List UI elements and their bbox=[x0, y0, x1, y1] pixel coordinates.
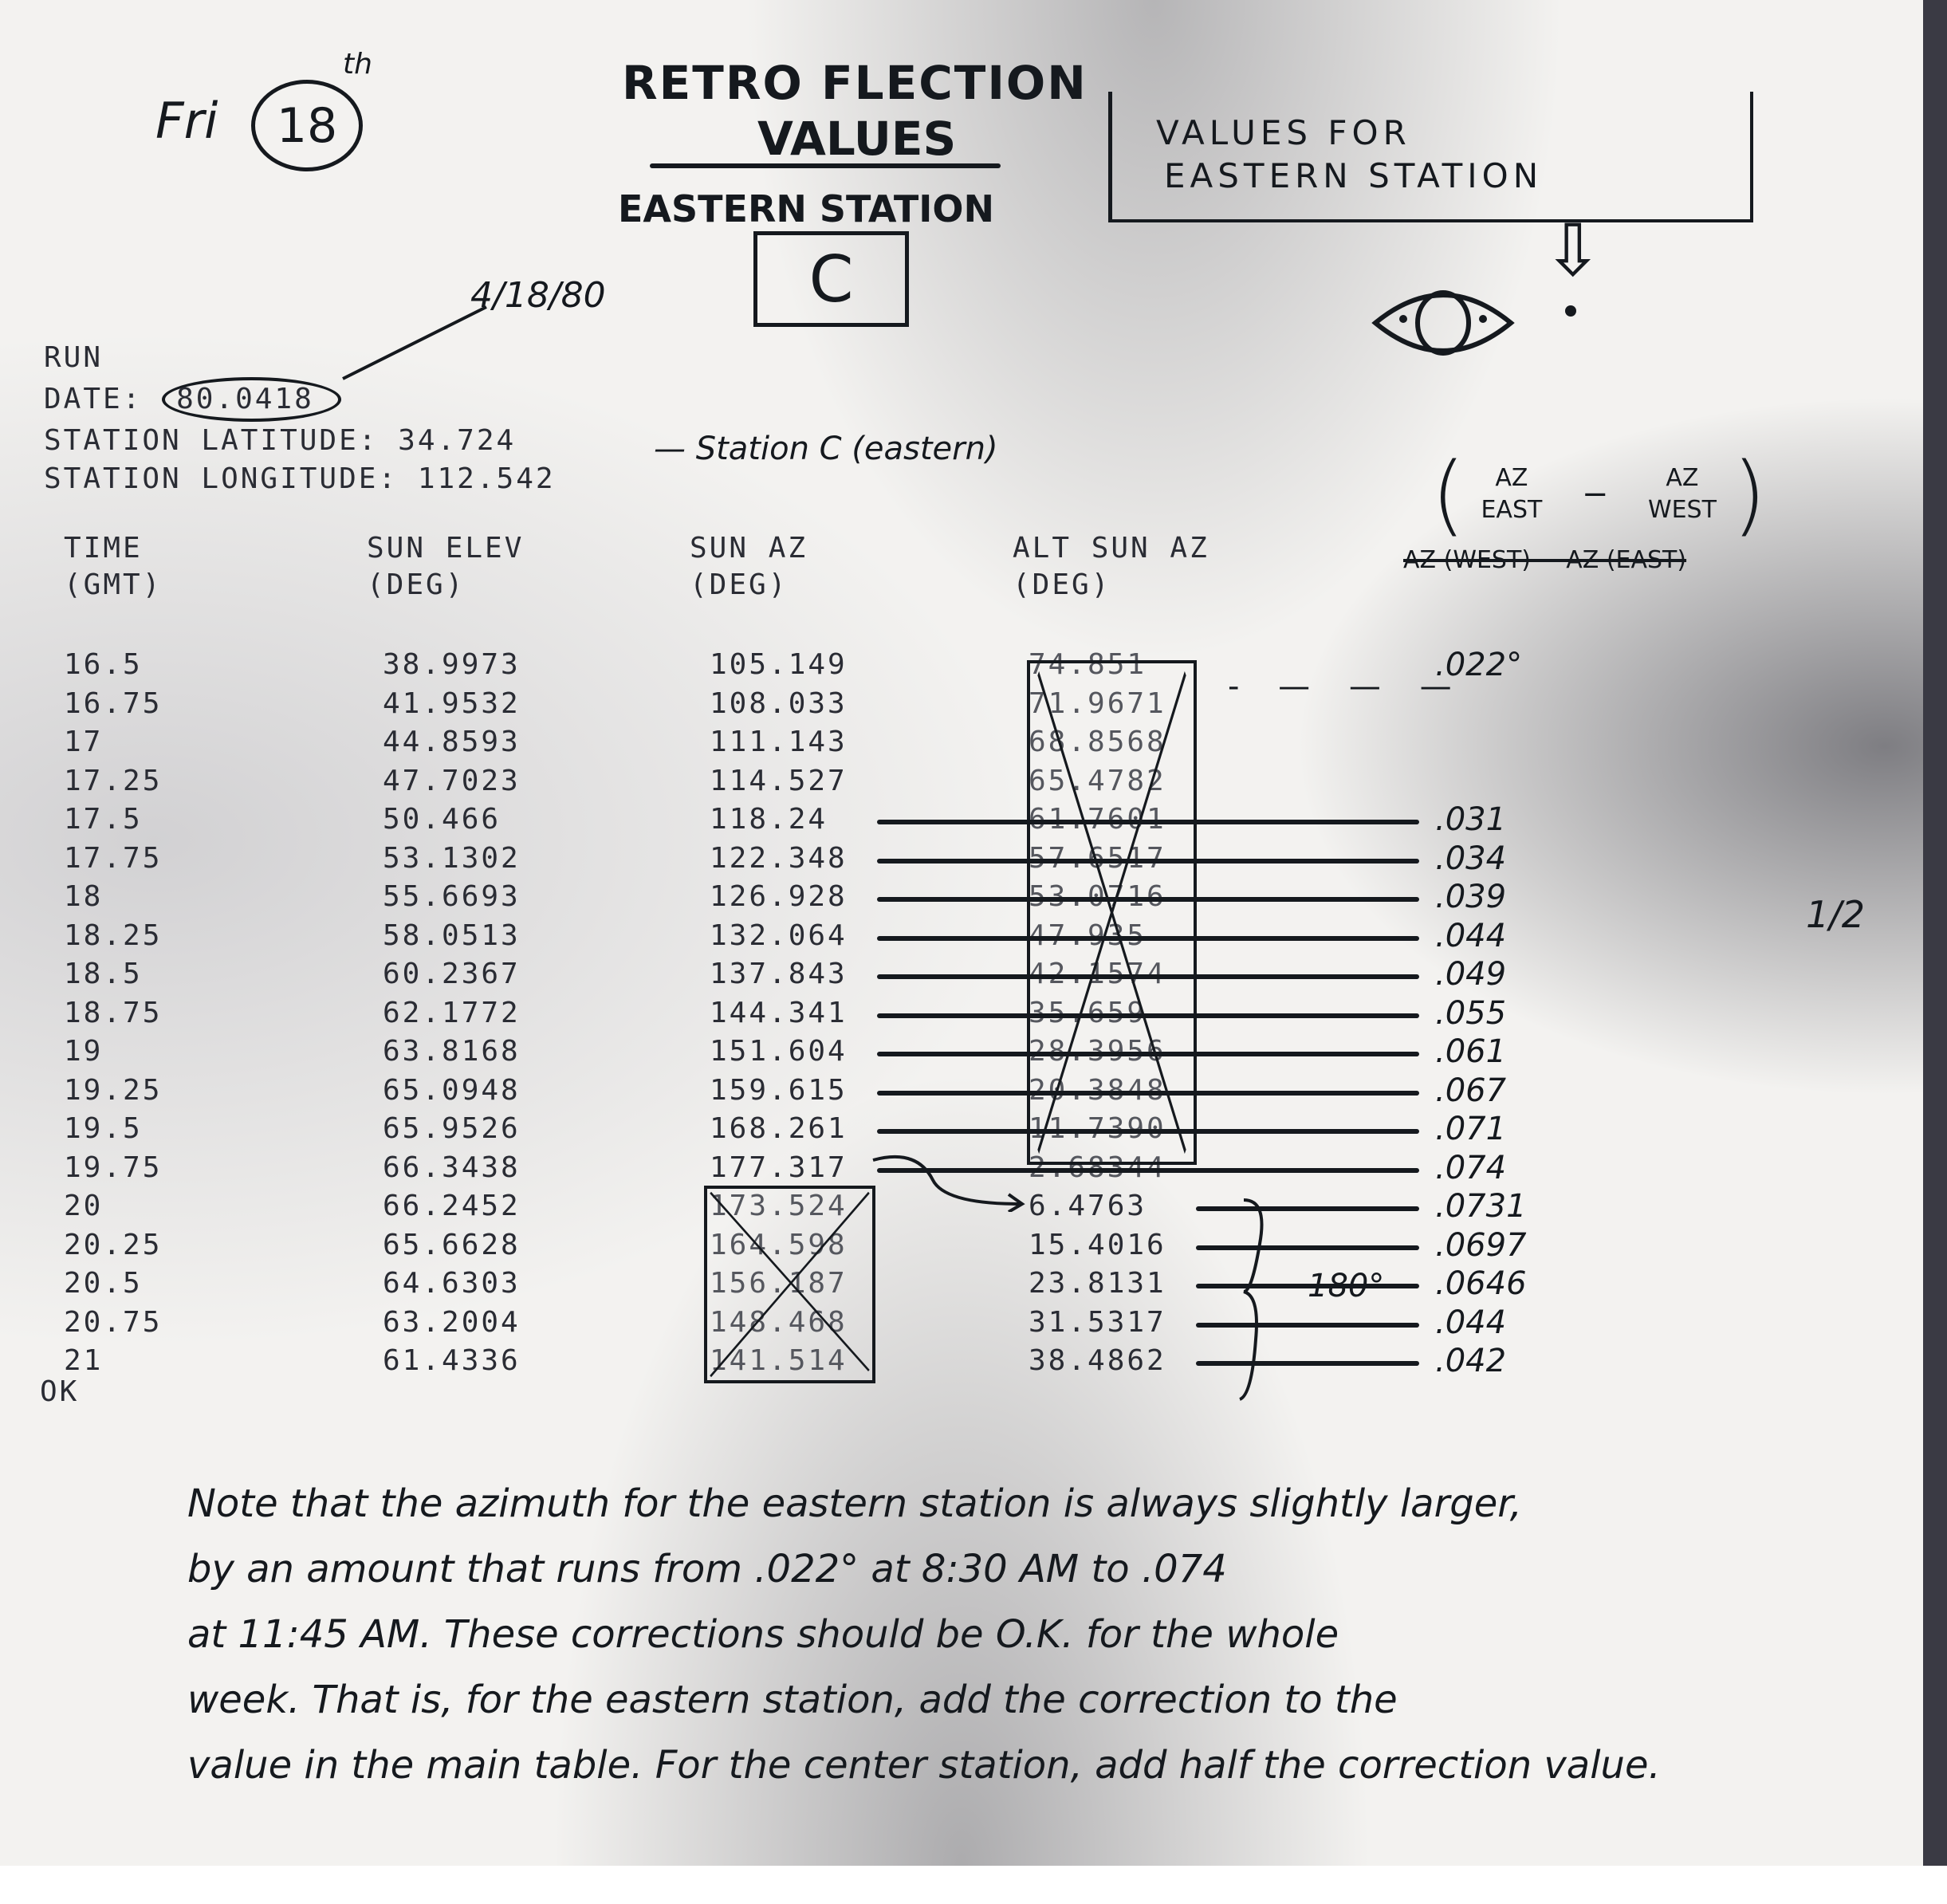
az-west-top: AZ bbox=[1648, 462, 1717, 494]
table-cell-corr: .031 bbox=[1435, 801, 1626, 840]
table-cell-az: 105.149 bbox=[710, 646, 909, 685]
row-strike-line bbox=[1196, 1323, 1419, 1328]
note-line-5: value in the main table. For the center … bbox=[187, 1733, 1925, 1798]
table-cell-az: 164.598 bbox=[710, 1226, 909, 1265]
table-cell-alt: 68.8568 bbox=[1029, 723, 1228, 762]
down-arrow-icon: ⇩ bbox=[1543, 215, 1603, 287]
table-cell-elev: 61.4336 bbox=[383, 1342, 582, 1381]
table-cell-elev: 55.6693 bbox=[383, 878, 582, 917]
note-line-1: Note that the azimuth for the eastern st… bbox=[187, 1471, 1925, 1536]
note-line-4: week. That is, for the eastern station, … bbox=[187, 1667, 1925, 1733]
page-title-line1: RETRO FLECTION bbox=[622, 56, 1088, 110]
column-header-line1: TIME bbox=[64, 530, 223, 567]
table-cell-corr: .0697 bbox=[1435, 1226, 1626, 1265]
table-cell-corr: .055 bbox=[1435, 994, 1626, 1033]
latitude-row: STATION LATITUDE: 34.724 bbox=[44, 422, 556, 460]
side-fraction: 1/2 bbox=[1806, 893, 1865, 936]
exclamation-dot bbox=[1565, 305, 1576, 317]
column-header-line2: (DEG) bbox=[690, 567, 889, 604]
date-row: DATE: 80.0418 bbox=[44, 377, 556, 422]
table-cell-time: 19 bbox=[64, 1033, 223, 1072]
table-cell-alt: 65.4782 bbox=[1029, 762, 1228, 801]
table-cell-time: 16.5 bbox=[64, 646, 223, 685]
title-underline bbox=[650, 163, 1001, 168]
table-cell-time: 18 bbox=[64, 878, 223, 917]
column-header-line2: (DEG) bbox=[1013, 567, 1212, 604]
table-cell-az: 111.143 bbox=[710, 723, 909, 762]
table-cell-time: 18.25 bbox=[64, 917, 223, 956]
table-cell-time: 20.75 bbox=[64, 1304, 223, 1343]
values-callout-line2: EASTERN STATION bbox=[1156, 155, 1543, 198]
row-strike-line bbox=[1196, 1206, 1419, 1211]
table-cell-time: 20.5 bbox=[64, 1265, 223, 1304]
column-header-sun-elev: SUN ELEV (DEG) bbox=[367, 530, 566, 604]
az-east-bottom: EAST bbox=[1481, 494, 1542, 526]
table-cell-elev: 65.9526 bbox=[383, 1110, 582, 1149]
curved-arrow-icon bbox=[869, 1148, 1029, 1212]
handwritten-note: Note that the azimuth for the eastern st… bbox=[187, 1471, 1925, 1798]
longitude-value: 112.542 bbox=[418, 462, 556, 495]
table-cell-time: 17.25 bbox=[64, 762, 223, 801]
table-cell-elev: 65.6628 bbox=[383, 1226, 582, 1265]
row-strike-line bbox=[877, 1013, 1419, 1018]
row-strike-line bbox=[877, 974, 1419, 979]
table-cell-elev: 65.0948 bbox=[383, 1072, 582, 1111]
table-cell-elev: 66.2452 bbox=[383, 1187, 582, 1226]
values-callout-text: VALUES FOR EASTERN STATION bbox=[1156, 112, 1543, 198]
correction-column: .022°.031.034.039.044.049.055.061.067.07… bbox=[1435, 646, 1626, 1381]
column-header-sun-az: SUN AZ (DEG) bbox=[690, 530, 889, 604]
table-cell-elev: 53.1302 bbox=[383, 840, 582, 879]
table-cell-time: 16.75 bbox=[64, 685, 223, 724]
longitude-row: STATION LONGITUDE: 112.542 bbox=[44, 460, 556, 498]
note-line-3: at 11:45 AM. These corrections should be… bbox=[187, 1602, 1925, 1667]
values-callout-line1: VALUES FOR bbox=[1156, 112, 1543, 155]
eye-icon bbox=[1371, 283, 1515, 363]
table-cell-corr bbox=[1435, 723, 1626, 762]
table-cell-elev: 63.2004 bbox=[383, 1304, 582, 1343]
note-line-2: by an amount that runs from .022° at 8:3… bbox=[187, 1536, 1925, 1602]
station-annotation: — Station C (eastern) bbox=[654, 431, 998, 467]
az-east: AZ EAST bbox=[1481, 462, 1542, 526]
row-strike-line bbox=[1196, 1245, 1419, 1250]
table-cell-az: 108.033 bbox=[710, 685, 909, 724]
column-header-time: TIME (GMT) bbox=[64, 530, 223, 604]
day-suffix: th bbox=[343, 48, 372, 81]
longitude-label: STATION LONGITUDE: bbox=[44, 462, 398, 495]
table-cell-elev: 41.9532 bbox=[383, 685, 582, 724]
table-cell-corr bbox=[1435, 762, 1626, 801]
page-title-line2: VALUES bbox=[757, 112, 956, 166]
bracket-note: 180° bbox=[1308, 1268, 1384, 1304]
leader-dashes: - — — — bbox=[1228, 668, 1466, 705]
table-cell-corr: .042 bbox=[1435, 1342, 1626, 1381]
column-header-line2: (GMT) bbox=[64, 567, 223, 604]
table-cell-time: 19.25 bbox=[64, 1072, 223, 1111]
table-cell-corr: .071 bbox=[1435, 1110, 1626, 1149]
table-cell-elev: 47.7023 bbox=[383, 762, 582, 801]
run-metadata: RUN DATE: 80.0418 STATION LATITUDE: 34.7… bbox=[44, 339, 556, 498]
table-cell-az: 141.514 bbox=[710, 1342, 909, 1381]
row-strike-line bbox=[877, 1129, 1419, 1134]
table-cell-corr: .0646 bbox=[1435, 1265, 1626, 1304]
table-cell-corr: .039 bbox=[1435, 878, 1626, 917]
table-cell-time: 19.75 bbox=[64, 1149, 223, 1188]
table-cell-corr: .044 bbox=[1435, 917, 1626, 956]
table-cell-time: 20 bbox=[64, 1187, 223, 1226]
column-header-line1: ALT SUN AZ bbox=[1013, 530, 1212, 567]
table-cell-elev: 63.8168 bbox=[383, 1033, 582, 1072]
table-cell-elev: 62.1772 bbox=[383, 994, 582, 1033]
table-cell-elev: 66.3438 bbox=[383, 1149, 582, 1188]
table-cell-elev: 64.6303 bbox=[383, 1265, 582, 1304]
date-value: 80.0418 bbox=[162, 377, 341, 422]
run-label: RUN bbox=[44, 339, 556, 377]
table-cell-elev: 60.2367 bbox=[383, 955, 582, 994]
station-letter-box: C bbox=[753, 231, 909, 327]
table-cell-elev: 50.466 bbox=[383, 801, 582, 840]
table-cell-az: 114.527 bbox=[710, 762, 909, 801]
table-cell-corr: .049 bbox=[1435, 955, 1626, 994]
table-cell-corr: .034 bbox=[1435, 840, 1626, 879]
row-strike-line bbox=[877, 1052, 1419, 1056]
row-strike-line bbox=[877, 859, 1419, 863]
table-cell-elev: 58.0513 bbox=[383, 917, 582, 956]
az-west-bottom: WEST bbox=[1648, 494, 1717, 526]
time-column: 16.516.751717.2517.517.751818.2518.518.7… bbox=[64, 646, 223, 1381]
table-cell-time: 17 bbox=[64, 723, 223, 762]
az-east-top: AZ bbox=[1481, 462, 1542, 494]
row-strike-line bbox=[877, 820, 1419, 824]
az-difference-formula: ( AZ EAST − AZ WEST ) bbox=[1431, 450, 1766, 538]
table-cell-time: 21 bbox=[64, 1342, 223, 1381]
column-header-line1: SUN AZ bbox=[690, 530, 889, 567]
table-cell-corr: .074 bbox=[1435, 1149, 1626, 1188]
end-marker: OK bbox=[40, 1375, 79, 1408]
row-strike-line bbox=[1196, 1361, 1419, 1366]
table-cell-time: 18.75 bbox=[64, 994, 223, 1033]
struck-formula: AZ (WEST) − AZ (EAST) bbox=[1403, 546, 1686, 574]
table-cell-alt: 71.9671 bbox=[1029, 685, 1228, 724]
column-header-line2: (DEG) bbox=[367, 567, 566, 604]
brace-icon bbox=[1236, 1196, 1284, 1403]
table-cell-alt: 74.851 bbox=[1029, 646, 1228, 685]
table-cell-time: 17.75 bbox=[64, 840, 223, 879]
row-strike-line bbox=[877, 1091, 1419, 1096]
open-paren: ( bbox=[1431, 443, 1465, 545]
column-header-alt-sun-az: ALT SUN AZ (DEG) bbox=[1013, 530, 1212, 604]
table-cell-corr: .061 bbox=[1435, 1033, 1626, 1072]
table-cell-corr: .0731 bbox=[1435, 1187, 1626, 1226]
table-cell-elev: 38.9973 bbox=[383, 646, 582, 685]
latitude-value: 34.724 bbox=[398, 424, 516, 457]
table-cell-time: 17.5 bbox=[64, 801, 223, 840]
page-subtitle: EASTERN STATION bbox=[618, 187, 994, 230]
day-label: Fri bbox=[155, 92, 218, 150]
table-cell-time: 19.5 bbox=[64, 1110, 223, 1149]
table-cell-elev: 44.8593 bbox=[383, 723, 582, 762]
date-label: DATE: bbox=[44, 383, 142, 415]
minus-sign: − bbox=[1582, 478, 1609, 510]
day-number-circled: 18 bbox=[251, 80, 363, 171]
row-strike-line bbox=[877, 897, 1419, 902]
close-paren: ) bbox=[1732, 443, 1766, 545]
table-cell-corr: .044 bbox=[1435, 1304, 1626, 1343]
table-cell-az: 156.187 bbox=[710, 1265, 909, 1304]
latitude-label: STATION LATITUDE: bbox=[44, 424, 378, 457]
column-header-line1: SUN ELEV bbox=[367, 530, 566, 567]
table-cell-az: 148.468 bbox=[710, 1304, 909, 1343]
table-cell-corr: .067 bbox=[1435, 1072, 1626, 1111]
table-cell-time: 18.5 bbox=[64, 955, 223, 994]
table-cell-time: 20.25 bbox=[64, 1226, 223, 1265]
sun-elev-column: 38.997341.953244.859347.702350.46653.130… bbox=[383, 646, 582, 1381]
az-west: AZ WEST bbox=[1648, 462, 1717, 526]
row-strike-line bbox=[877, 936, 1419, 941]
scanned-document: Fri 18 th RETRO FLECTION VALUES EASTERN … bbox=[0, 0, 1947, 1866]
